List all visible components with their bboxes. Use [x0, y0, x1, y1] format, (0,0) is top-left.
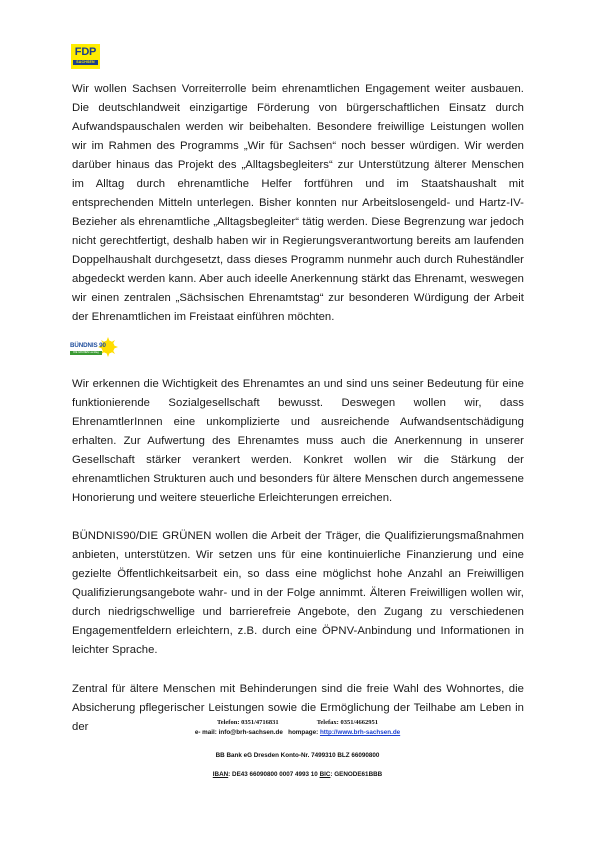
gruene-logo-subtitle: DIE GRÜNEN Landtag	[70, 351, 102, 355]
footer-email: e- mail: info@brh-sachsen.de	[195, 729, 283, 736]
gruene-paragraph-2: BÜNDNIS90/DIE GRÜNEN wollen die Arbeit d…	[72, 527, 524, 660]
footer-contact-line: e- mail: info@brh-sachsen.de hompage: ht…	[0, 729, 595, 736]
fdp-logo-text: FDP	[75, 46, 96, 59]
homepage-link[interactable]: http://www.brh-sachsen.de	[320, 729, 400, 736]
footer-bank-line: BB Bank eG Dresden Konto-Nr. 7499310 BLZ…	[0, 752, 595, 759]
iban-label: IBAN	[213, 771, 228, 778]
fdp-paragraph: Wir wollen Sachsen Vorreiterrolle beim e…	[72, 80, 524, 327]
gruene-paragraph-1: Wir erkennen die Wichtigkeit des Ehrenam…	[72, 375, 524, 508]
bic-label: BIC	[320, 771, 331, 778]
footer-iban-line: IBAN: DE43 66090800 0007 4993 10 BIC: GE…	[0, 771, 595, 778]
footer-telefax: Telefax: 0351/4662951	[317, 719, 378, 726]
bic-value: : GENODE61BBB	[330, 771, 382, 778]
document-page: FDP SACHSEN Wir wollen Sachsen Vorreiter…	[0, 0, 595, 842]
fdp-sachsen-logo: FDP SACHSEN	[71, 44, 100, 69]
fdp-logo-subtitle: SACHSEN	[73, 60, 98, 65]
footer-telefon: Telefon: 0351/4716831	[217, 719, 279, 726]
iban-value: : DE43 66090800 0007 4993 10	[228, 771, 319, 778]
buendnis90-logo: BÜNDNIS 90 DIE GRÜNEN Landtag	[70, 337, 120, 361]
footer-phone-line: Telefon: 0351/4716831Telefax: 0351/46629…	[0, 719, 595, 726]
buendnis90-logo-text: BÜNDNIS 90	[70, 342, 106, 349]
footer-homepage-label: hompage:	[288, 729, 320, 736]
